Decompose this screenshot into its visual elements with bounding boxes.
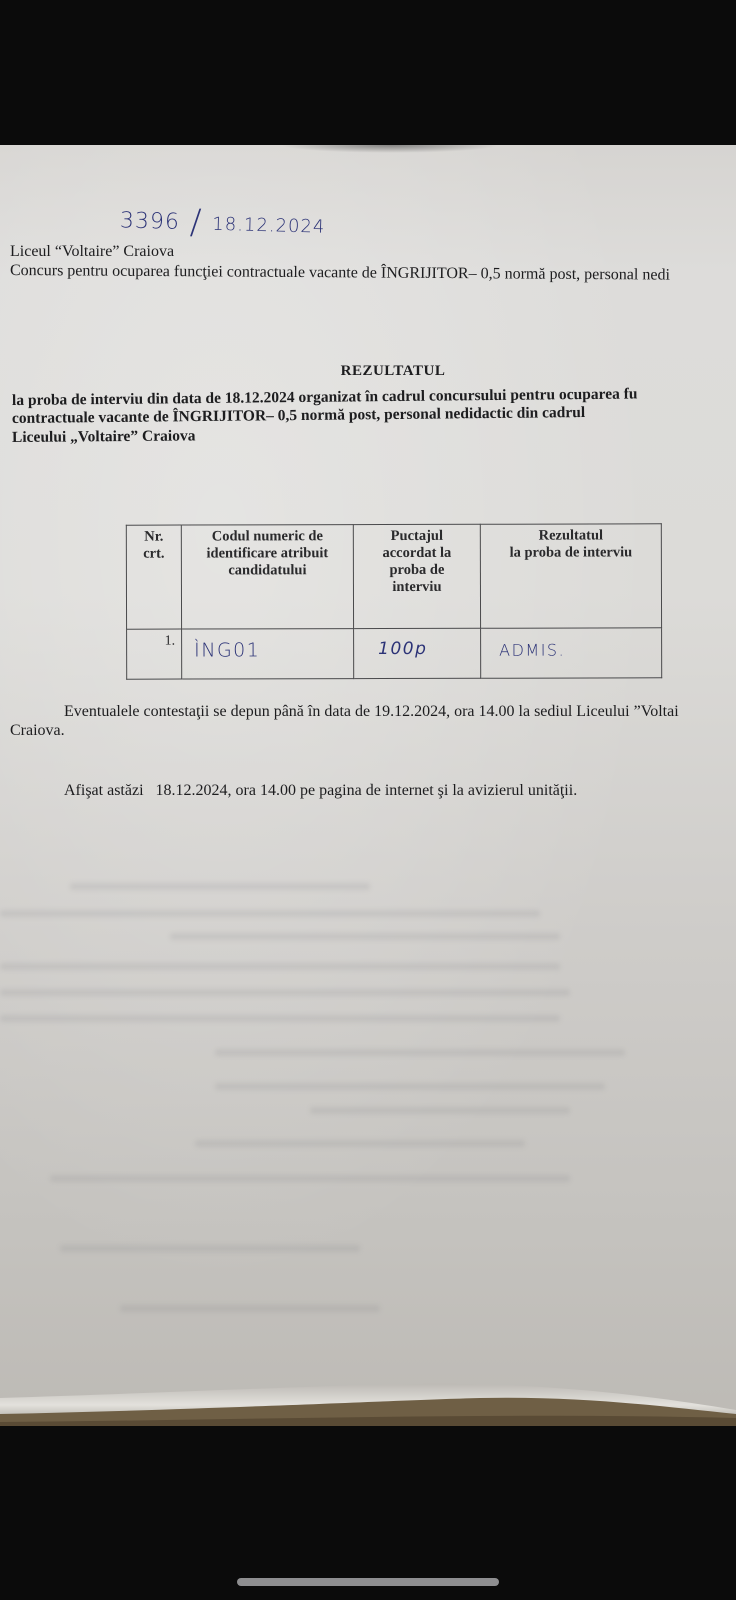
subtitle-line-3: Liceului „Voltaire” Craiova [12,427,196,447]
results-table: Nr. crt. Codul numeric de identificare a… [126,523,662,679]
header-rezultat: Rezultatul la proba de interviu [480,524,661,628]
top-black-bar [0,0,736,145]
bottom-black-bar [0,1426,736,1600]
posted-label: Afişat astăzi [64,782,144,799]
cell-punctaj: 100p [354,628,481,678]
posted-rest: ora 14.00 pe pagina de internet şi la av… [236,782,578,799]
competition-line: Concurs pentru ocuparea funcţiei contrac… [10,262,670,285]
contestatii-line-1: Eventualele contestaţii se depun până în… [64,703,679,721]
paper-shadow [280,145,500,153]
contestatii-line-2: Craiova. [10,722,65,740]
paper-bottom-edge [0,1382,736,1426]
table-header-row: Nr. crt. Codul numeric de identificare a… [126,524,661,629]
registration-date: 18.12.2024 [212,214,326,238]
home-indicator[interactable] [237,1578,499,1586]
header-cod: Codul numeric de identificare atribuit c… [181,525,353,629]
registration-separator: / [189,202,203,242]
registration-number-value: 3396 [120,208,181,235]
posted-notice: Afişat astăzi 18.12.2024, ora 14.00 pe p… [64,782,577,800]
document-title: REZULTATUL [0,363,736,380]
school-name: Liceul “Voltaire” Craiova [10,243,174,261]
header-punctaj: Puctajul accordat la proba de interviu [353,524,480,628]
posted-date: 18.12.2024, [156,782,232,799]
table-row: 1. ÌNG01 100p ADMIS. [127,628,662,679]
registration-number: 3396 / 18.12.2024 [120,196,327,241]
cell-rezultat: ADMIS. [481,628,662,678]
header-nr: Nr. crt. [126,525,181,629]
cell-cod: ÌNG01 [182,629,354,679]
cell-nr: 1. [127,629,182,679]
document-photo: 3396 / 18.12.2024 Liceul “Voltaire” Crai… [0,145,736,1426]
